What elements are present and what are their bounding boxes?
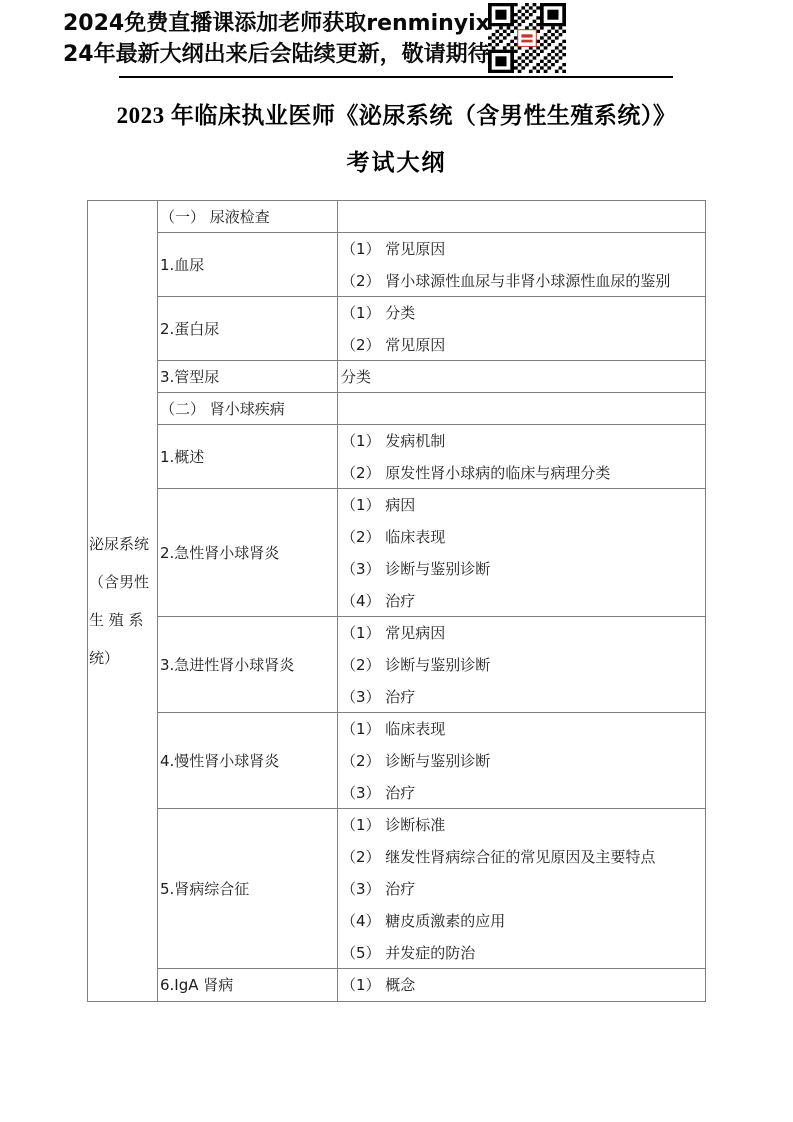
promo-header: 2024免费直播课添加老师获取renminyixue001 24年最新大纲出来后… — [63, 8, 493, 70]
table-row: 1.概述 （1） 发病机制（2） 原发性肾小球病的临床与病理分类 — [158, 425, 705, 489]
table-row: 2.蛋白尿 （1） 分类（2） 常见原因 — [158, 297, 705, 361]
detail-line: （3） 诊断与鉴别诊断 — [341, 553, 705, 585]
table-row: 3.急进性肾小球肾炎 （1） 常见病因（2） 诊断与鉴别诊断（3） 治疗 — [158, 617, 705, 713]
topic-cell: 2.蛋白尿 — [158, 297, 338, 360]
details-cell: （1） 常见原因（2） 肾小球源性血尿与非肾小球源性血尿的鉴别 — [338, 233, 705, 296]
system-column-line: 统） — [89, 639, 156, 677]
detail-line: （1） 分类 — [341, 297, 705, 329]
detail-line: （1） 常见原因 — [341, 233, 705, 265]
title-line-1: 2023 年临床执业医师《泌尿系统（含男性生殖系统）》 — [0, 98, 793, 134]
table-row: 5.肾病综合征 （1） 诊断标准（2） 继发性肾病综合征的常见原因及主要特点（3… — [158, 809, 705, 969]
detail-line: （1） 发病机制 — [341, 425, 705, 457]
details-cell: （1） 概念 — [338, 969, 705, 1001]
detail-line: （2） 肾小球源性血尿与非肾小球源性血尿的鉴别 — [341, 265, 705, 297]
document-page: { "header": { "promo_lines": [ "2024免费直播… — [0, 0, 793, 1122]
detail-line: （1） 概念 — [341, 969, 705, 1001]
detail-line: （2） 常见原因 — [341, 329, 705, 361]
detail-line: （4） 治疗 — [341, 585, 705, 617]
detail-line: （4） 糖皮质激素的应用 — [341, 905, 705, 937]
details-cell: （1） 病因（2） 临床表现（3） 诊断与鉴别诊断（4） 治疗 — [338, 489, 705, 616]
details-cell: （1） 临床表现（2） 诊断与鉴别诊断（3） 治疗 — [338, 713, 705, 808]
topic-cell: 5.肾病综合征 — [158, 809, 338, 968]
detail-line: （1） 诊断标准 — [341, 809, 705, 841]
table-row: 3.管型尿 分类 — [158, 361, 705, 393]
detail-line: （3） 治疗 — [341, 873, 705, 905]
topic-cell: （一） 尿液检查 — [158, 201, 338, 232]
detail-line: （2） 临床表现 — [341, 521, 705, 553]
table-row: 1.血尿 （1） 常见原因（2） 肾小球源性血尿与非肾小球源性血尿的鉴别 — [158, 233, 705, 297]
topic-cell: 1.概述 — [158, 425, 338, 488]
topic-cell: 3.急进性肾小球肾炎 — [158, 617, 338, 712]
promo-line-2: 24年最新大纲出来后会陆续更新，敬请期待 — [63, 39, 493, 70]
topic-cell: 4.慢性肾小球肾炎 — [158, 713, 338, 808]
topic-cell: 6.IgA 肾病 — [158, 969, 338, 1001]
detail-line: （3） 治疗 — [341, 777, 705, 809]
details-cell — [338, 393, 705, 424]
table-rows: （一） 尿液检查 1.血尿 （1） 常见原因（2） 肾小球源性血尿与非肾小球源性… — [158, 201, 705, 1001]
detail-line: （5） 并发症的防治 — [341, 937, 705, 969]
detail-line: （1） 临床表现 — [341, 713, 705, 745]
detail-line: （2） 诊断与鉴别诊断 — [341, 649, 705, 681]
page-title: 2023 年临床执业医师《泌尿系统（含男性生殖系统）》 考试大纲 — [0, 98, 793, 181]
topic-cell: （二） 肾小球疾病 — [158, 393, 338, 424]
system-column-line: 泌尿系统 — [89, 525, 156, 563]
detail-line: （1） 病因 — [341, 489, 705, 521]
promo-line-1: 2024免费直播课添加老师获取renminyixue001 — [63, 8, 493, 39]
exam-outline-table: 泌尿系统 （含男性 生 殖 系 统） （一） 尿液检查 1.血尿 （1） 常见原… — [87, 200, 706, 1002]
title-line-2: 考试大纲 — [0, 145, 793, 181]
system-column-line: （含男性 — [89, 563, 156, 601]
detail-line: （2） 诊断与鉴别诊断 — [341, 745, 705, 777]
header-divider — [119, 76, 673, 78]
system-column-cell: 泌尿系统 （含男性 生 殖 系 统） — [88, 201, 158, 1001]
detail-line: （2） 原发性肾小球病的临床与病理分类 — [341, 457, 705, 489]
details-cell: （1） 分类（2） 常见原因 — [338, 297, 705, 360]
detail-line: 分类 — [341, 361, 705, 393]
table-row: 4.慢性肾小球肾炎 （1） 临床表现（2） 诊断与鉴别诊断（3） 治疗 — [158, 713, 705, 809]
qr-code — [488, 3, 566, 73]
details-cell: （1） 发病机制（2） 原发性肾小球病的临床与病理分类 — [338, 425, 705, 488]
detail-line: （1） 常见病因 — [341, 617, 705, 649]
topic-cell: 1.血尿 — [158, 233, 338, 296]
detail-line: （3） 治疗 — [341, 681, 705, 713]
details-cell — [338, 201, 705, 232]
table-row: （二） 肾小球疾病 — [158, 393, 705, 425]
system-column-line: 生 殖 系 — [89, 601, 156, 639]
topic-cell: 3.管型尿 — [158, 361, 338, 392]
topic-cell: 2.急性肾小球肾炎 — [158, 489, 338, 616]
table-row: 6.IgA 肾病 （1） 概念 — [158, 969, 705, 1001]
table-row: （一） 尿液检查 — [158, 201, 705, 233]
detail-line: （2） 继发性肾病综合征的常见原因及主要特点 — [341, 841, 705, 873]
table-row: 2.急性肾小球肾炎 （1） 病因（2） 临床表现（3） 诊断与鉴别诊断（4） 治… — [158, 489, 705, 617]
details-cell: 分类 — [338, 361, 705, 392]
details-cell: （1） 常见病因（2） 诊断与鉴别诊断（3） 治疗 — [338, 617, 705, 712]
details-cell: （1） 诊断标准（2） 继发性肾病综合征的常见原因及主要特点（3） 治疗（4） … — [338, 809, 705, 968]
